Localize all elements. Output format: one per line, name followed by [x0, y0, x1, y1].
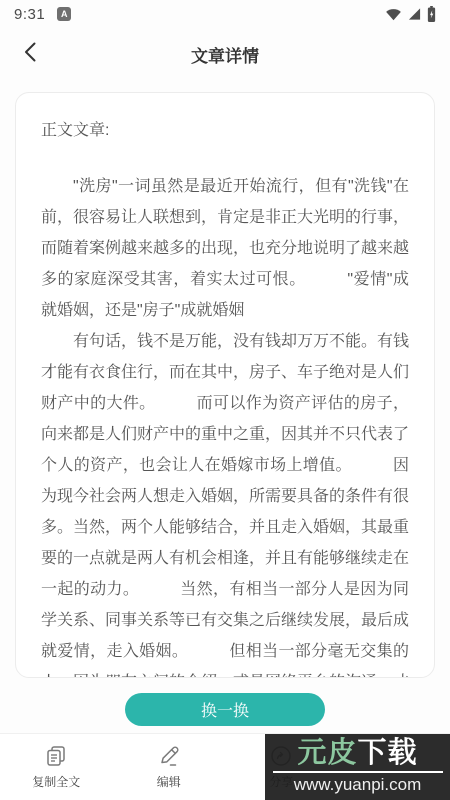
wifi-icon — [385, 7, 402, 21]
watermark-brand: 元皮 下载 — [297, 735, 417, 771]
back-chevron-icon — [24, 42, 36, 67]
nav-header: 文章详情 — [0, 28, 450, 80]
page-title: 文章详情 — [0, 42, 450, 67]
refresh-article-button[interactable]: 换一换 — [125, 693, 325, 726]
article-body: "洗房"一词虽然是最近开始流行，但有"洗钱"在前，很容易让人联想到，肯定是非正大… — [41, 171, 409, 678]
watermark-brand-white: 下载 — [358, 735, 418, 771]
status-icons — [385, 6, 436, 22]
copy-full-text-button[interactable]: 复制全文 — [0, 734, 113, 800]
edit-button[interactable]: 编辑 — [113, 734, 226, 800]
watermark-divider — [273, 771, 443, 773]
battery-charging-icon — [427, 6, 436, 22]
copy-icon — [44, 744, 68, 768]
watermark-overlay: 元皮 下载 www.yuanpi.com — [265, 734, 450, 800]
cell-signal-icon — [407, 7, 422, 21]
copy-full-text-label: 复制全文 — [32, 773, 80, 790]
watermark-brand-green: 元皮 — [297, 735, 357, 771]
article-paragraph: "洗房"一词虽然是最近开始流行，但有"洗钱"在前，很容易让人联想到，肯定是非正大… — [41, 171, 409, 326]
watermark-url: www.yuanpi.com — [294, 774, 422, 796]
edit-pencil-icon — [157, 744, 181, 768]
back-button[interactable] — [12, 36, 48, 72]
notification-app-badge-icon: A — [57, 7, 71, 21]
article-detail-screen: 9:31 A 文章详情 正文 — [0, 0, 450, 800]
status-bar: 9:31 A — [0, 0, 450, 28]
article-label: 正文文章: — [41, 115, 409, 146]
article-paragraph: 有句话，钱不是万能，没有钱却万万不能。有钱才能有衣食住行，而在其中，房子、车子绝… — [41, 326, 409, 678]
article-card: 正文文章: "洗房"一词虽然是最近开始流行，但有"洗钱"在前，很容易让人联想到，… — [15, 92, 435, 678]
edit-label: 编辑 — [157, 773, 181, 790]
status-time: 9:31 — [14, 6, 45, 23]
